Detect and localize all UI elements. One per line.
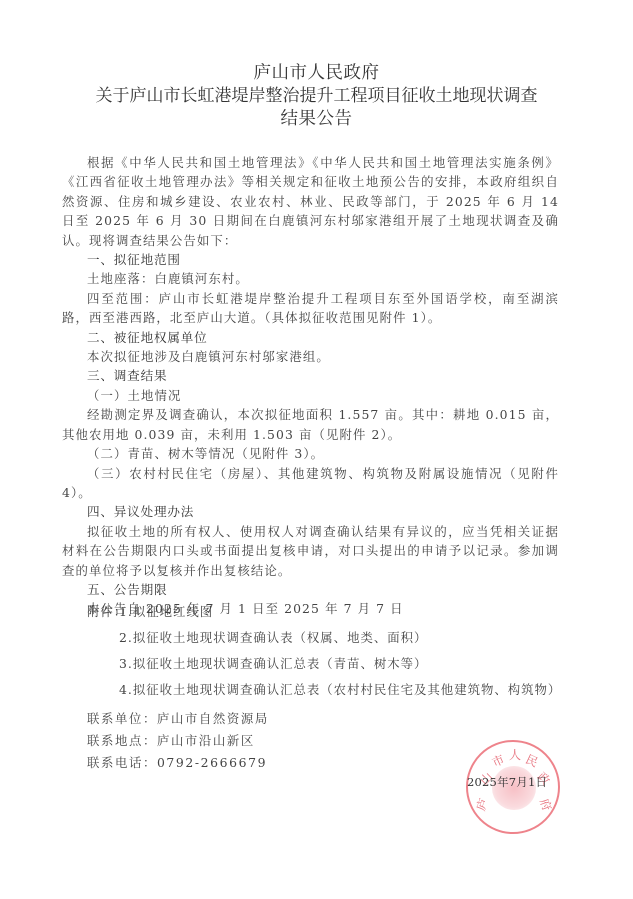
notice-title-line2: 结果公告 xyxy=(0,108,633,131)
attachment-1: 1.拟征地红线图 xyxy=(119,599,213,625)
attachment-3: 3.拟征收土地现状调查确认汇总表（青苗、树木等） xyxy=(119,651,427,677)
section-3-heading: 三、调查结果 xyxy=(62,366,559,385)
issuer-title: 庐山市人民政府 xyxy=(0,62,633,85)
attachment-item: 附件： 1.拟征地红线图 xyxy=(87,599,561,625)
intro-paragraph: 根据《中华人民共和国土地管理法》《中华人民共和国土地管理法实施条例》《江西省征收… xyxy=(62,153,559,250)
document-page: 庐山市人民政府 关于庐山市长虹港堤岸整治提升工程项目征收土地现状调查 结果公告 … xyxy=(0,0,633,899)
attachment-4: 4.拟征收土地现状调查确认汇总表（农村村民住宅及其他建筑物、构筑物） xyxy=(119,677,561,703)
signature-date: 2025年7月1日 xyxy=(467,774,547,790)
title-block: 庐山市人民政府 关于庐山市长虹港堤岸整治提升工程项目征收土地现状调查 结果公告 xyxy=(0,62,633,131)
contact-unit: 联系单位：庐山市自然资源局 xyxy=(87,708,269,730)
section-2-heading: 二、被征地权属单位 xyxy=(62,328,559,347)
attachment-item: 2.拟征收土地现状调查确认表（权属、地类、面积） xyxy=(87,625,561,651)
section-1-heading: 一、拟征地范围 xyxy=(62,250,559,269)
section-3-sub3: （三）农村村民住宅（房屋）、其他建筑物、构筑物及附属设施情况（见附件 4）。 xyxy=(62,464,559,503)
section-2-text: 本次拟征地涉及白鹿镇河东村邬家港组。 xyxy=(62,347,559,366)
attachment-item: 4.拟征收土地现状调查确认汇总表（农村村民住宅及其他建筑物、构筑物） xyxy=(87,677,561,703)
seal-char: 府 xyxy=(536,796,556,813)
seal-char: 人 xyxy=(509,746,521,763)
attachment-item: 3.拟征收土地现状调查确认汇总表（青苗、树木等） xyxy=(87,651,561,677)
section-3-sub1-heading: （一）土地情况 xyxy=(62,386,559,405)
section-4-text: 拟征收土地的所有权人、使用权人对调查确认结果有异议的，应当凭相关证据材料在公告期… xyxy=(62,522,559,580)
section-3-sub2: （二）青苗、树木等情况（见附件 3）。 xyxy=(62,444,559,463)
attachment-2: 2.拟征收土地现状调查确认表（权属、地类、面积） xyxy=(119,625,427,651)
contact-address: 联系地点：庐山市沿山新区 xyxy=(87,730,269,752)
seal-char: 庐 xyxy=(472,796,492,813)
section-5-heading: 五、公告期限 xyxy=(62,580,559,599)
attachments-label: 附件： xyxy=(87,599,119,625)
section-3-sub1-text: 经勘测定界及调查确认，本次拟征地面积 1.557 亩。其中：耕地 0.015 亩… xyxy=(62,405,559,444)
notice-body: 根据《中华人民共和国土地管理法》《中华人民共和国土地管理法实施条例》《江西省征收… xyxy=(62,153,559,619)
contact-info: 联系单位：庐山市自然资源局 联系地点：庐山市沿山新区 联系电话：0792-266… xyxy=(87,708,269,774)
notice-title-line1: 关于庐山市长虹港堤岸整治提升工程项目征收土地现状调查 xyxy=(0,85,633,108)
seal-char: 民 xyxy=(523,750,541,770)
contact-phone: 联系电话：0792-2666679 xyxy=(87,752,269,774)
section-4-heading: 四、异议处理办法 xyxy=(62,502,559,521)
section-1-location: 土地座落：白鹿镇河东村。 xyxy=(62,269,559,288)
section-1-boundary: 四至范围：庐山市长虹港堤岸整治提升工程项目东至外国语学校，南至湖滨路，西至港西路… xyxy=(62,289,559,328)
attachments-list: 附件： 1.拟征地红线图 2.拟征收土地现状调查确认表（权属、地类、面积） 3.… xyxy=(87,599,561,703)
